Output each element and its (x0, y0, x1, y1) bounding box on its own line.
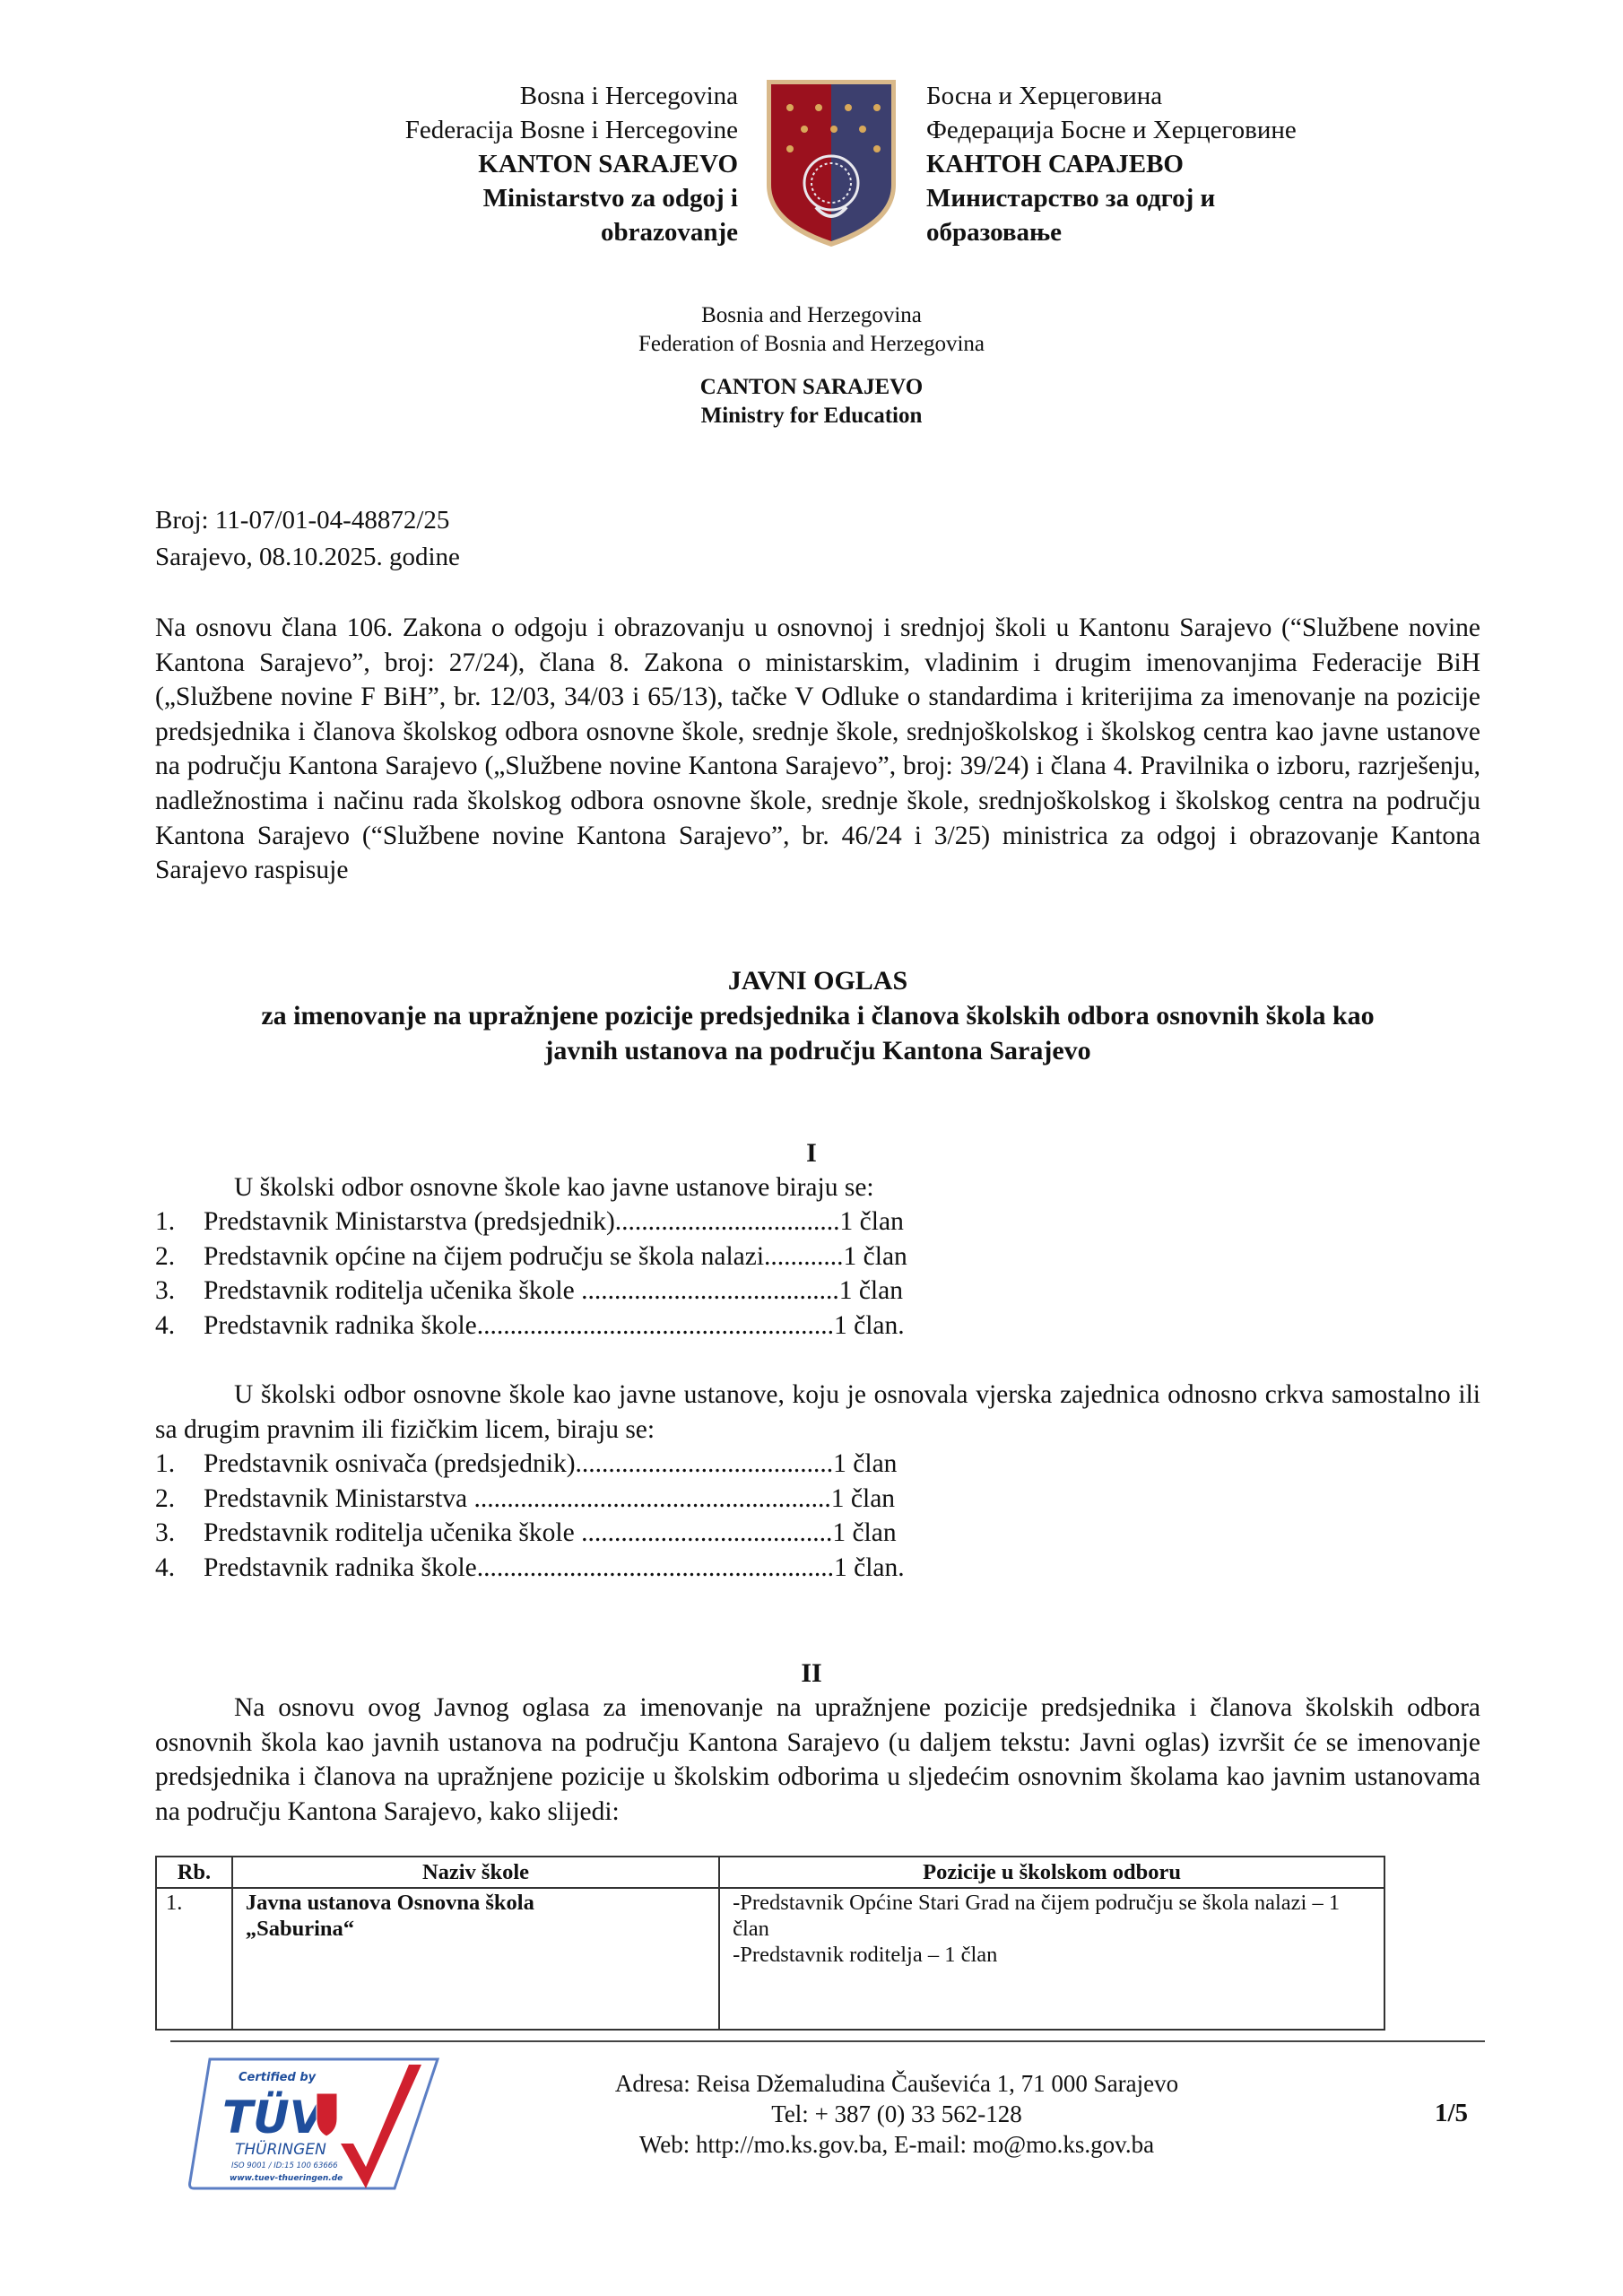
header-bosnian-latin: Bosna i Hercegovina Federacija Bosne i H… (269, 79, 738, 249)
footer-web-email: Web: http://mo.ks.gov.ba, E-mail: mo@mo.… (448, 2129, 1345, 2160)
header-left-line-4: Ministarstvo za odgoj i (269, 181, 738, 215)
column-header-rb: Rb. (156, 1857, 232, 1888)
page-number: 1/5 (1435, 2099, 1468, 2128)
title-line-2: za imenovanje na upražnjene pozicije pre… (155, 998, 1480, 1033)
position-item: -Predstavnik roditelja – 1 član (733, 1942, 1371, 1968)
list-item: 1.Predstavnik Ministarstva (predsjednik)… (155, 1205, 1231, 1239)
school-name-line-1: Javna ustanova Osnovna škola (246, 1890, 706, 1916)
header-left-line-5: obrazovanje (269, 215, 738, 249)
svg-text:TÜV: TÜV (222, 2091, 327, 2144)
schools-table: Rb. Naziv škole Pozicije u školskom odbo… (155, 1856, 1385, 2031)
header-right-line-5: образовање (926, 215, 1428, 249)
section-1-intro-2: U školski odbor osnovne škole kao javne … (155, 1378, 1480, 1447)
title-main: JAVNI OGLAS (155, 963, 1480, 998)
school-name-line-2: „Saburina“ (246, 1916, 706, 1942)
cell-rb: 1. (156, 1888, 232, 2030)
document-title: JAVNI OGLAS za imenovanje na upražnjene … (155, 963, 1480, 1068)
intro-paragraph: Na osnovu člana 106. Zakona o odgoju i o… (155, 611, 1480, 888)
title-line-3: javnih ustanova na području Kantona Sara… (155, 1033, 1480, 1068)
list-item: 2.Predstavnik općine na čijem području s… (155, 1239, 1231, 1274)
section-1-list: 1.Predstavnik Ministarstva (predsjednik)… (155, 1205, 1231, 1343)
list-item: 4.Predstavnik radnika škole.............… (155, 1309, 1231, 1344)
list-item: 3.Predstavnik roditelja učenika škole ..… (155, 1516, 1231, 1551)
column-header-school: Naziv škole (232, 1857, 719, 1888)
list-item: 3.Predstavnik roditelja učenika škole ..… (155, 1274, 1231, 1309)
header-english: Bosnia and Herzegovina Federation of Bos… (0, 301, 1623, 430)
header-right-line-2: Федерација Босне и Херцеговине (926, 113, 1428, 147)
list-item: 2.Predstavnik Ministarstva .............… (155, 1482, 1231, 1517)
position-item: -Predstavnik Općine Stari Grad na čijem … (733, 1890, 1342, 1942)
cell-school: Javna ustanova Osnovna škola „Saburina“ (232, 1888, 719, 2030)
header-right-line-1: Босна и Херцеговина (926, 79, 1428, 113)
section-2-numeral: II (0, 1657, 1623, 1691)
header-en-federation: Federation of Bosnia and Herzegovina (0, 330, 1623, 359)
svg-text:www.tuev-thueringen.de: www.tuev-thueringen.de (230, 2174, 343, 2183)
svg-text:Certified by: Certified by (239, 2071, 317, 2084)
header-en-country: Bosnia and Herzegovina (0, 301, 1623, 330)
header-left-line-3: KANTON SARAJEVO (269, 147, 738, 181)
svg-text:THÜRINGEN: THÜRINGEN (235, 2139, 326, 2159)
table-header-row: Rb. Naziv škole Pozicije u školskom odbo… (156, 1857, 1384, 1888)
tuv-certification-logo: Certified by TÜV THÜRINGEN ISO 9001 / ID… (187, 2054, 452, 2199)
header-left-line-1: Bosna i Hercegovina (269, 79, 738, 113)
list-item: 4.Predstavnik radnika škole.............… (155, 1551, 1231, 1586)
footer-contact: Adresa: Reisa Džemaludina Čauševića 1, 7… (448, 2068, 1345, 2160)
svg-text:ISO 9001 / ID:15 100 63666: ISO 9001 / ID:15 100 63666 (231, 2161, 338, 2170)
header-right-line-4: Министарство за одгој и (926, 181, 1428, 215)
section-2-paragraph: Na osnovu ovog Javnog oglasa za imenovan… (155, 1691, 1480, 1829)
list-item: 1.Predstavnik osnivača (predsjednik)....… (155, 1447, 1231, 1482)
header-right-line-3: КАНТОН САРАЈЕВО (926, 147, 1428, 181)
document-number-label: Broj: (155, 506, 209, 535)
header-en-ministry: Ministry for Education (0, 402, 1623, 430)
column-header-positions: Pozicije u školskom odboru (719, 1857, 1384, 1888)
section-1-intro: U školski odbor osnovne škole kao javne … (155, 1170, 1480, 1205)
cell-positions: -Predstavnik Općine Stari Grad na čijem … (719, 1888, 1384, 2030)
document-number: Broj: 11-07/01-04-48872/25 (155, 503, 449, 537)
footer-address: Adresa: Reisa Džemaludina Čauševića 1, 7… (448, 2068, 1345, 2099)
document-place-date: Sarajevo, 08.10.2025. godine (155, 540, 460, 574)
header-left-line-2: Federacija Bosne i Hercegovine (269, 113, 738, 147)
footer-divider (170, 2040, 1485, 2042)
document-number-value: 11-07/01-04-48872/25 (215, 506, 450, 535)
section-1-numeral: I (0, 1136, 1623, 1170)
header-bosnian-cyrillic: Босна и Херцеговина Федерација Босне и Х… (926, 79, 1428, 249)
header-en-canton: CANTON SARAJEVO (0, 373, 1623, 402)
table-row: 1. Javna ustanova Osnovna škola „Saburin… (156, 1888, 1384, 2030)
footer-phone: Tel: + 387 (0) 33 562-128 (448, 2099, 1345, 2129)
coat-of-arms-icon (764, 77, 898, 249)
section-1-list-2: 1.Predstavnik osnivača (predsjednik)....… (155, 1447, 1231, 1585)
